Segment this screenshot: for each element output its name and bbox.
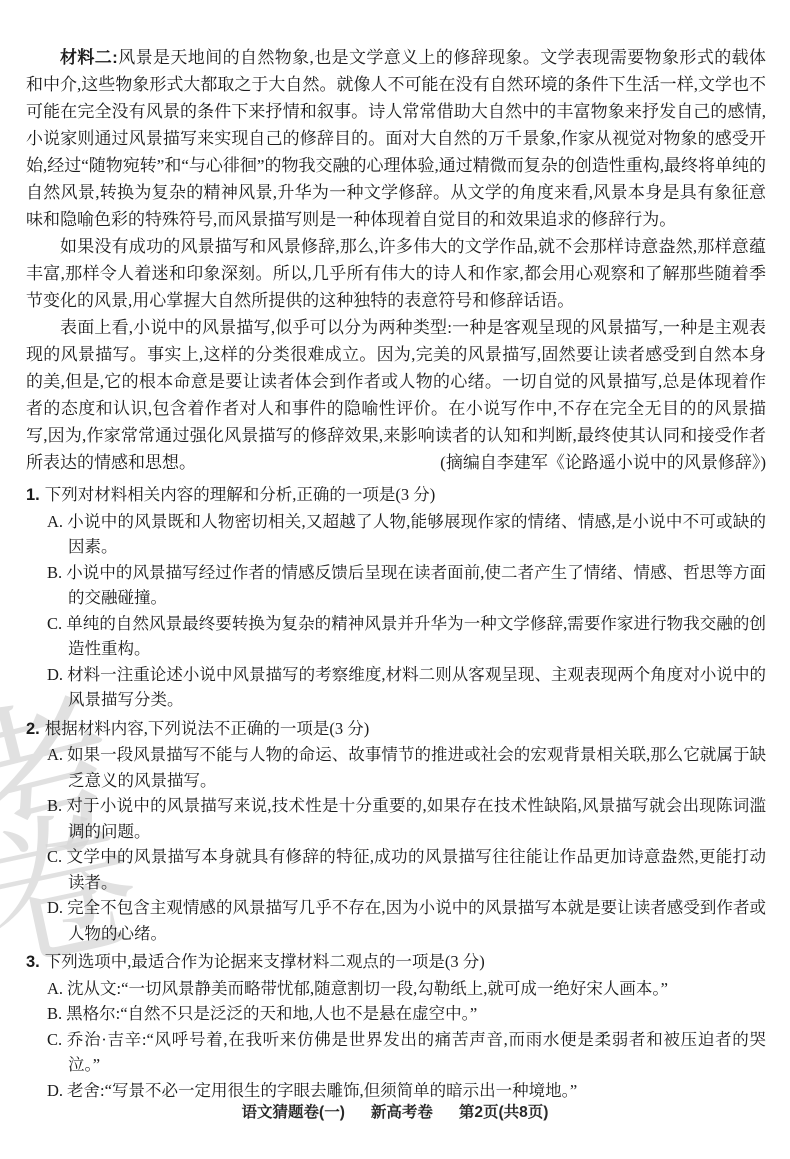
exam-page: 考 卷 材料二:风景是天地间的自然物象,也是文学意义上的修辞现象。文学表现需要物… bbox=[0, 0, 790, 1159]
question-1-option-b-label: B. bbox=[47, 563, 62, 582]
question-2-option-b-text: 对于小说中的风景描写来说,技术性是十分重要的,如果存在技术性缺陷,风景描写就会出… bbox=[66, 796, 766, 841]
question-2-number: 2. bbox=[26, 720, 40, 738]
question-3: 3.下列选项中,最适合作为论据来支撑材料二观点的一项是(3 分) A.沈从文:“… bbox=[26, 949, 766, 1103]
question-3-stem-text: 下列选项中,最适合作为论据来支撑材料二观点的一项是(3 分) bbox=[45, 952, 485, 971]
question-2-option-a: A.如果一段风景描写不能与人物的命运、故事情节的推进或社会的宏观背景相关联,那么… bbox=[26, 742, 766, 793]
question-2-stem: 2.根据材料内容,下列说法不正确的一项是(3 分) bbox=[26, 716, 766, 743]
material-paragraph-1: 材料二:风景是天地间的自然物象,也是文学意义上的修辞现象。文学表现需要物象形式的… bbox=[26, 44, 766, 233]
material-paragraph-3-text: 表面上看,小说中的风景描写,似乎可以分为两种类型:一种是客观呈现的风景描写,一种… bbox=[26, 318, 766, 472]
question-3-option-d-label: D. bbox=[47, 1081, 63, 1100]
material-paragraph-3: 表面上看,小说中的风景描写,似乎可以分为两种类型:一种是客观呈现的风景描写,一种… bbox=[26, 314, 766, 476]
question-3-option-b-label: B. bbox=[47, 1004, 62, 1023]
question-3-option-a-label: A. bbox=[47, 979, 63, 998]
page-footer: 语文猜题卷(一)新高考卷第2页(共8页) bbox=[0, 1100, 790, 1122]
question-3-option-a: A.沈从文:“一切风景静美而略带忧郁,随意割切一段,勾勒纸上,就可成一绝好宋人画… bbox=[26, 976, 766, 1002]
question-1-option-a-text: 小说中的风景既和人物密切相关,又超越了人物,能够展现作家的情绪、情感,是小说中不… bbox=[67, 512, 766, 557]
question-3-stem: 3.下列选项中,最适合作为论据来支撑材料二观点的一项是(3 分) bbox=[26, 949, 766, 976]
question-2-option-d: D.完全不包含主观情感的风景描写几乎不存在,因为小说中的风景描写本就是要让读者感… bbox=[26, 895, 766, 946]
footer-exam-title: 语文猜题卷(一) bbox=[242, 1104, 345, 1121]
question-2-option-a-text: 如果一段风景描写不能与人物的命运、故事情节的推进或社会的宏观背景相关联,那么它就… bbox=[67, 745, 766, 790]
question-1-option-d-text: 材料一注重论述小说中风景描写的考察维度,材料二则从客观呈现、主观表现两个角度对小… bbox=[67, 665, 766, 710]
question-2-option-d-label: D. bbox=[47, 898, 63, 917]
question-3-option-a-text: 沈从文:“一切风景静美而略带忧郁,随意割切一段,勾勒纸上,就可成一绝好宋人画本。… bbox=[67, 979, 668, 998]
question-2-option-a-label: A. bbox=[47, 745, 63, 764]
question-1-option-c-text: 单纯的自然风景最终要转换为复杂的精神风景并升华为一种文学修辞,需要作家进行物我交… bbox=[66, 614, 766, 659]
question-3-option-c-label: C. bbox=[47, 1030, 62, 1049]
question-1-option-a: A.小说中的风景既和人物密切相关,又超越了人物,能够展现作家的情绪、情感,是小说… bbox=[26, 509, 766, 560]
material-paragraph-1-text: 风景是天地间的自然物象,也是文学意义上的修辞现象。文学表现需要物象形式的载体和中… bbox=[26, 48, 766, 229]
question-2-option-b-label: B. bbox=[47, 796, 62, 815]
question-1-option-b: B.小说中的风景描写经过作者的情感反馈后呈现在读者面前,使二者产生了情绪、情感、… bbox=[26, 560, 766, 611]
question-1-option-b-text: 小说中的风景描写经过作者的情感反馈后呈现在读者面前,使二者产生了情绪、情感、哲思… bbox=[66, 563, 766, 608]
question-2-option-b: B.对于小说中的风景描写来说,技术性是十分重要的,如果存在技术性缺陷,风景描写就… bbox=[26, 793, 766, 844]
question-3-option-b: B.黑格尔:“自然不只是泛泛的天和地,人也不是悬在虚空中。” bbox=[26, 1001, 766, 1027]
question-3-option-d-text: 老舍:“写景不必一定用很生的字眼去雕饰,但须简单的暗示出一种境地。” bbox=[67, 1081, 577, 1100]
question-1-number: 1. bbox=[26, 486, 40, 504]
material-attribution: (摘编自李建军《论路遥小说中的风景修辞》) bbox=[440, 449, 766, 476]
question-3-number: 3. bbox=[26, 953, 40, 971]
question-2: 2.根据材料内容,下列说法不正确的一项是(3 分) A.如果一段风景描写不能与人… bbox=[26, 716, 766, 947]
footer-page-number: 第2页(共8页) bbox=[459, 1104, 549, 1121]
question-1-option-a-label: A. bbox=[47, 512, 63, 531]
material-paragraph-2-text: 如果没有成功的风景描写和风景修辞,那么,许多伟大的文学作品,就不会那样诗意盎然,… bbox=[26, 237, 766, 310]
question-1-option-d-label: D. bbox=[47, 665, 63, 684]
material-paragraph-2: 如果没有成功的风景描写和风景修辞,那么,许多伟大的文学作品,就不会那样诗意盎然,… bbox=[26, 233, 766, 314]
question-3-option-b-text: 黑格尔:“自然不只是泛泛的天和地,人也不是悬在虚空中。” bbox=[66, 1004, 477, 1023]
question-1-option-c-label: C. bbox=[47, 614, 62, 633]
question-2-option-c: C.文学中的风景描写本身就具有修辞的特征,成功的风景描写往往能让作品更加诗意盎然… bbox=[26, 844, 766, 895]
question-1-option-c: C.单纯的自然风景最终要转换为复杂的精神风景并升华为一种文学修辞,需要作家进行物… bbox=[26, 611, 766, 662]
page-content: 材料二:风景是天地间的自然物象,也是文学意义上的修辞现象。文学表现需要物象形式的… bbox=[0, 0, 790, 1103]
question-1: 1.下列对材料相关内容的理解和分析,正确的一项是(3 分) A.小说中的风景既和… bbox=[26, 482, 766, 713]
question-2-option-c-label: C. bbox=[47, 847, 62, 866]
material-two-section: 材料二:风景是天地间的自然物象,也是文学意义上的修辞现象。文学表现需要物象形式的… bbox=[26, 44, 766, 476]
question-2-option-c-text: 文学中的风景描写本身就具有修辞的特征,成功的风景描写往往能让作品更加诗意盎然,更… bbox=[66, 847, 766, 892]
question-1-stem-text: 下列对材料相关内容的理解和分析,正确的一项是(3 分) bbox=[45, 485, 436, 504]
question-1-stem: 1.下列对材料相关内容的理解和分析,正确的一项是(3 分) bbox=[26, 482, 766, 509]
question-1-option-d: D.材料一注重论述小说中风景描写的考察维度,材料二则从客观呈现、主观表现两个角度… bbox=[26, 662, 766, 713]
question-2-option-d-text: 完全不包含主观情感的风景描写几乎不存在,因为小说中的风景描写本就是要让读者感受到… bbox=[67, 898, 766, 943]
footer-paper-type: 新高考卷 bbox=[371, 1104, 433, 1121]
questions-section: 1.下列对材料相关内容的理解和分析,正确的一项是(3 分) A.小说中的风景既和… bbox=[26, 482, 766, 1103]
question-3-option-c: C.乔治·吉辛:“风呼号着,在我听来仿佛是世界发出的痛苦声音,而雨水便是柔弱者和… bbox=[26, 1027, 766, 1078]
question-3-option-c-text: 乔治·吉辛:“风呼号着,在我听来仿佛是世界发出的痛苦声音,而雨水便是柔弱者和被压… bbox=[66, 1030, 766, 1075]
material-label: 材料二: bbox=[60, 48, 118, 67]
question-2-stem-text: 根据材料内容,下列说法不正确的一项是(3 分) bbox=[45, 719, 370, 738]
